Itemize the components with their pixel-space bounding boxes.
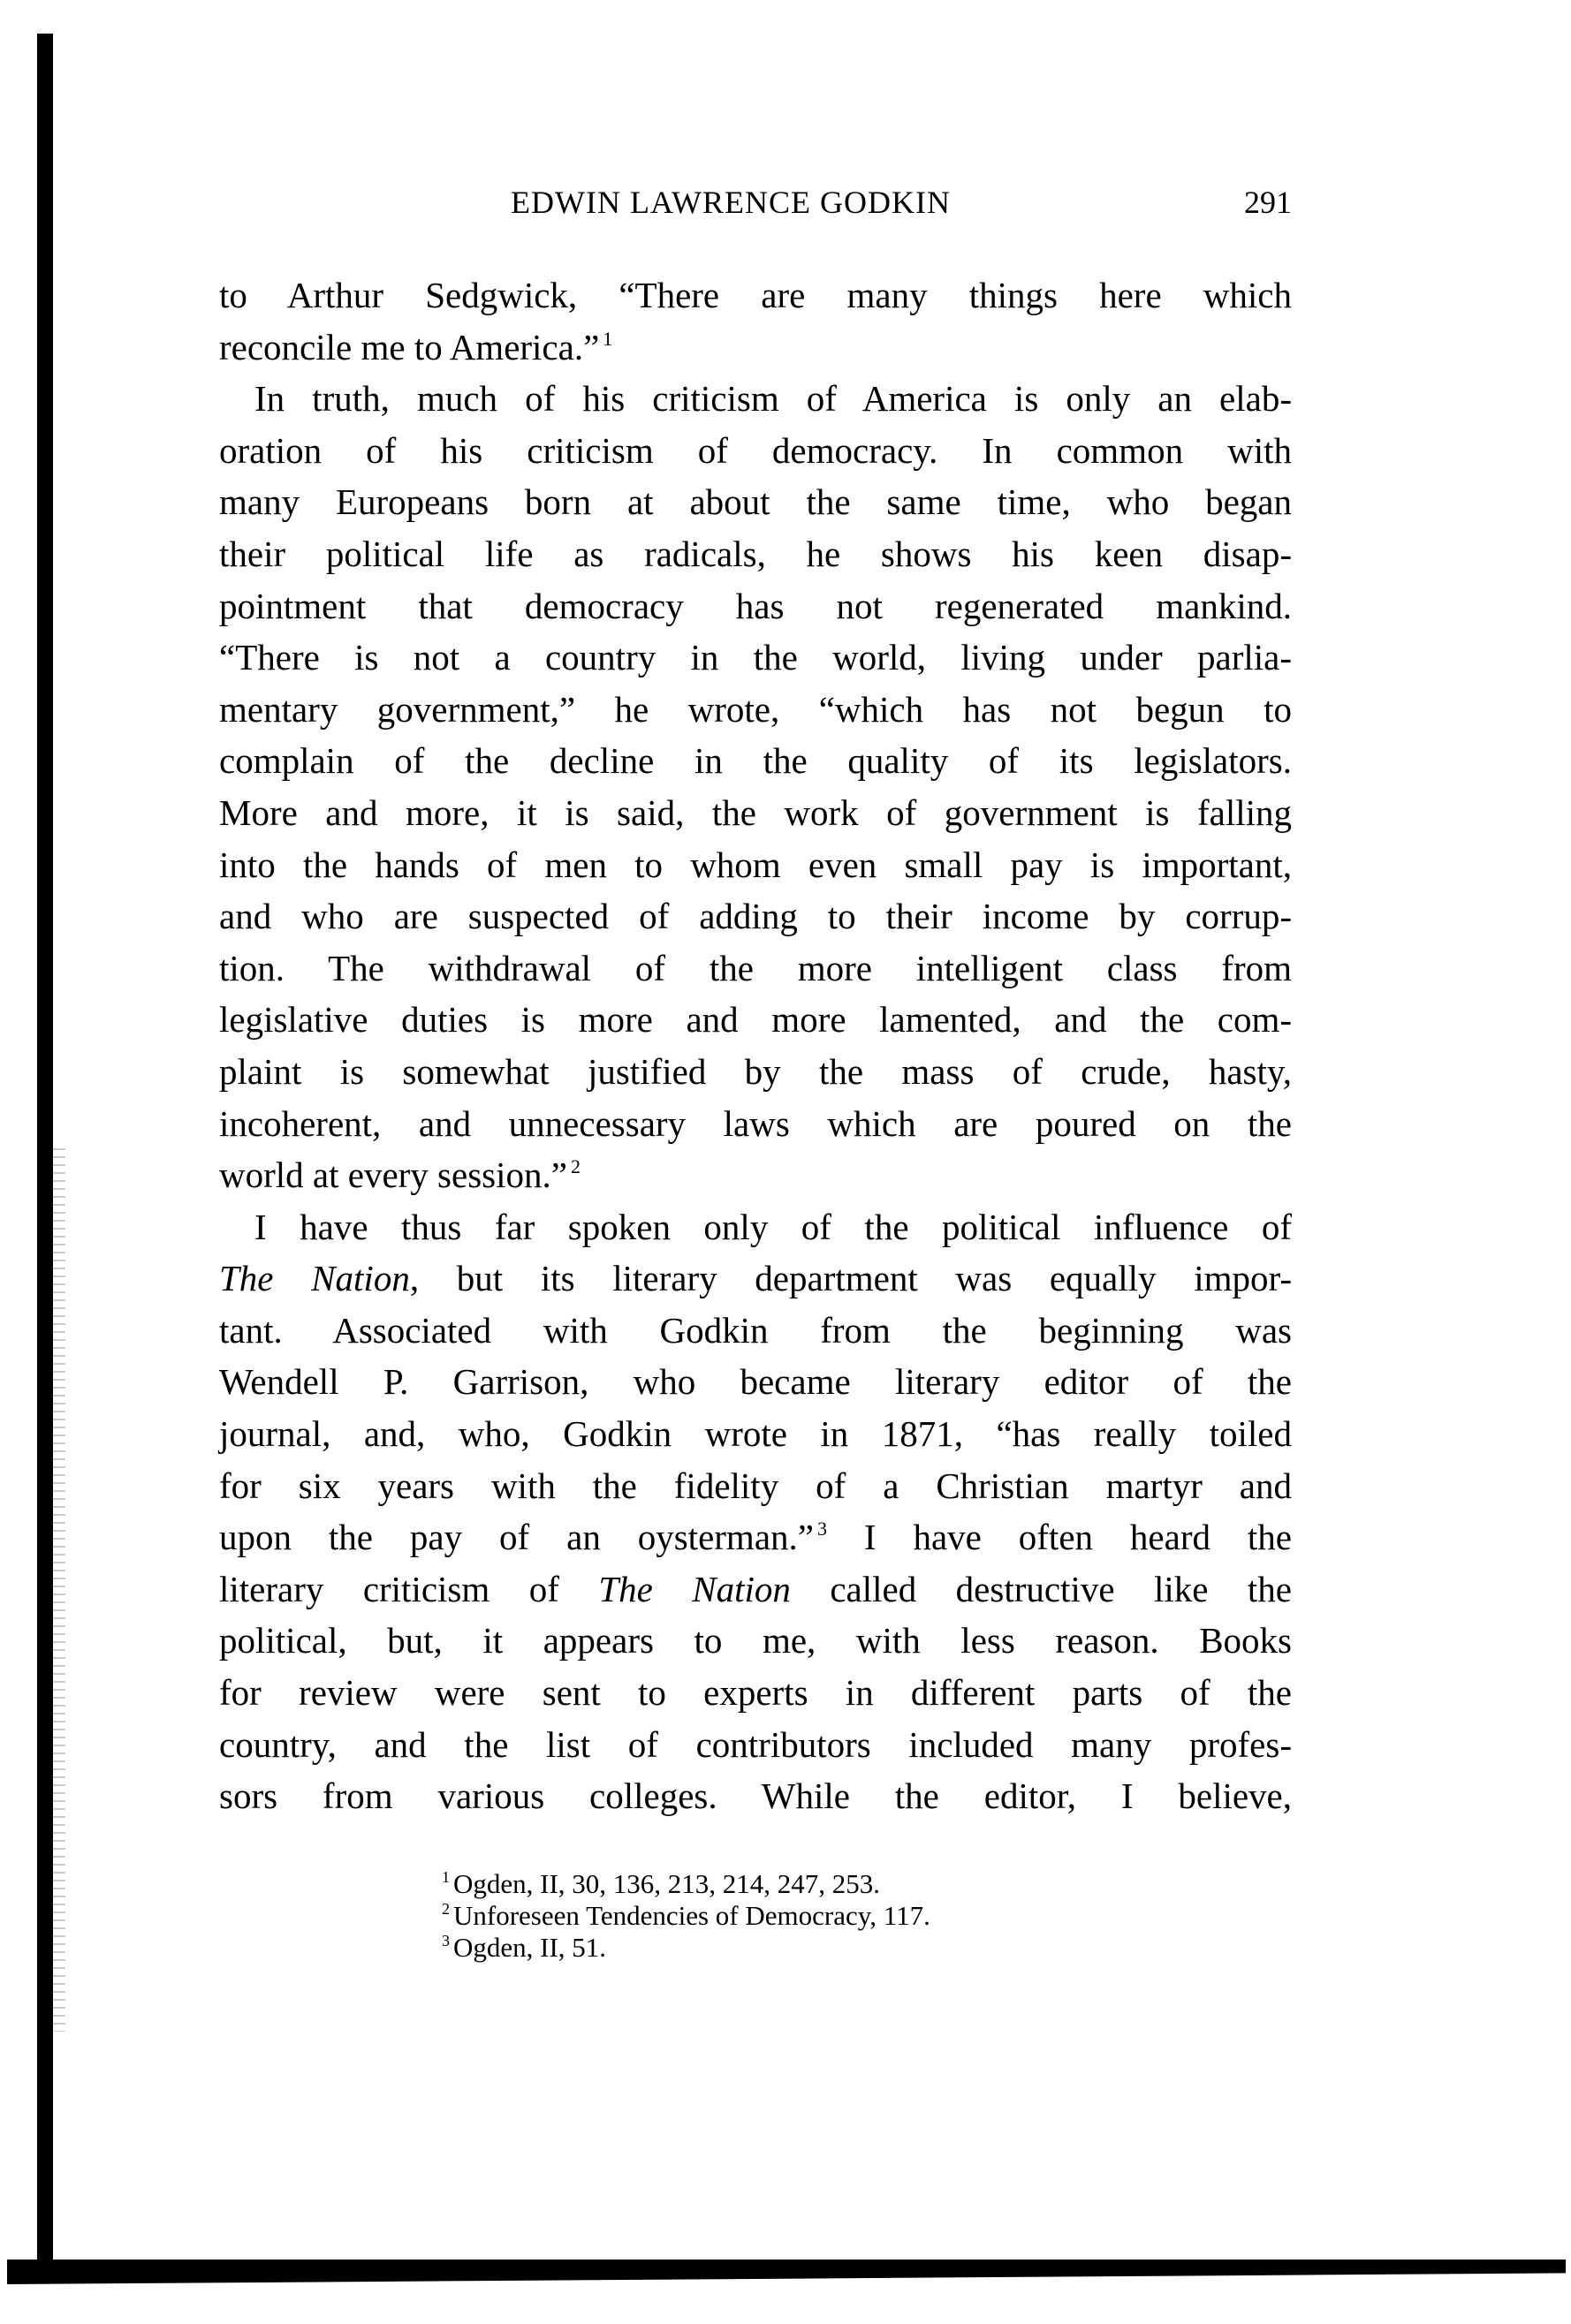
text-line: Wendell P. Garrison, who became literary… <box>219 1356 1292 1408</box>
running-title: EDWIN LAWRENCE GODKIN <box>511 184 951 221</box>
text-line: pointment that democracy has not regener… <box>219 580 1292 632</box>
text-run: tant. Associated with Godkin from the be… <box>219 1310 1292 1351</box>
text-run: mentary government,” he wrote, “which ha… <box>219 689 1292 730</box>
footnote-mark: 3 <box>442 1932 450 1949</box>
text-run: , but its literary department was equall… <box>410 1258 1292 1298</box>
text-run: to Arthur Sedgwick, “There are many thin… <box>219 275 1292 315</box>
text-line: oration of his criticism of democracy. I… <box>219 425 1292 477</box>
page-header: EDWIN LAWRENCE GODKIN 291 <box>219 184 1292 228</box>
footnote-text: Ogden, II, 30, 136, 213, 214, 247, 253. <box>453 1868 880 1899</box>
text-line: many Europeans born at about the same ti… <box>219 476 1292 528</box>
text-run: reconcile me to America.” <box>219 327 599 367</box>
text-run: literary criticism of <box>219 1569 598 1609</box>
text-line: complain of the decline in the quality o… <box>219 735 1292 787</box>
page-number: 291 <box>1244 184 1292 221</box>
text-line: their political life as radicals, he sho… <box>219 528 1292 580</box>
footnote-text: Unforeseen Tendencies of Democracy, 117. <box>453 1900 930 1931</box>
text-run: sors from various colleges. While the ed… <box>219 1775 1292 1816</box>
text-run: political, but, it appears to me, with l… <box>219 1620 1292 1661</box>
text-run: into the hands of men to whom even small… <box>219 844 1292 885</box>
scan-bottom-edge <box>7 2260 1566 2284</box>
text-run: for review were sent to experts in diffe… <box>219 1672 1292 1713</box>
footnote-reference: 3 <box>817 1518 827 1540</box>
text-run: world at every session.” <box>219 1154 567 1195</box>
text-line: political, but, it appears to me, with l… <box>219 1615 1292 1667</box>
text-run: tion. The withdrawal of the more intelli… <box>219 948 1292 988</box>
text-run: called destructive like the <box>791 1569 1292 1609</box>
text-run: journal, and, who, Godkin wrote in 1871,… <box>219 1413 1292 1454</box>
text-run: Wendell P. Garrison, who became literary… <box>219 1361 1292 1402</box>
text-line: incoherent, and unnecessary laws which a… <box>219 1098 1292 1150</box>
text-line: I have thus far spoken only of the polit… <box>219 1201 1292 1253</box>
text-line: More and more, it is said, the work of g… <box>219 787 1292 839</box>
text-line: sors from various colleges. While the ed… <box>219 1770 1292 1822</box>
text-run: plaint is somewhat justified by the mass… <box>219 1051 1292 1092</box>
text-run: their political life as radicals, he sho… <box>219 534 1292 574</box>
text-line: journal, and, who, Godkin wrote in 1871,… <box>219 1408 1292 1460</box>
text-run: legislative duties is more and more lame… <box>219 999 1292 1040</box>
text-run: country, and the list of contributors in… <box>219 1724 1292 1765</box>
text-line: reconcile me to America.”1 <box>219 322 1292 374</box>
text-run: pointment that democracy has not regener… <box>219 586 1292 626</box>
text-line: for six years with the fidelity of a Chr… <box>219 1460 1292 1512</box>
text-run: I have often heard the <box>827 1517 1292 1557</box>
text-run: More and more, it is said, the work of g… <box>219 792 1292 833</box>
text-run: “There is not a country in the world, li… <box>219 637 1292 678</box>
footnote: 3Ogden, II, 51. <box>442 1932 1237 1964</box>
italic-title: The Nation <box>219 1258 410 1298</box>
text-line: upon the pay of an oysterman.”3 I have o… <box>219 1511 1292 1563</box>
text-line: legislative duties is more and more lame… <box>219 994 1292 1046</box>
footnotes: 1Ogden, II, 30, 136, 213, 214, 247, 253.… <box>442 1868 1237 1964</box>
text-run: for six years with the fidelity of a Chr… <box>219 1465 1292 1506</box>
scan-binding-edge <box>37 34 53 2268</box>
text-line: into the hands of men to whom even small… <box>219 839 1292 891</box>
scan-binding-speckle <box>53 1148 65 2032</box>
text-run: complain of the decline in the quality o… <box>219 740 1292 781</box>
text-line: to Arthur Sedgwick, “There are many thin… <box>219 269 1292 322</box>
text-run: upon the pay of an oysterman.” <box>219 1517 814 1557</box>
footnote-mark: 1 <box>442 1868 450 1886</box>
italic-title: The Nation <box>598 1569 791 1609</box>
text-line: “There is not a country in the world, li… <box>219 632 1292 684</box>
body-text: to Arthur Sedgwick, “There are many thin… <box>219 269 1292 1822</box>
footnote-mark: 2 <box>442 1900 450 1918</box>
text-run: and who are suspected of adding to their… <box>219 896 1292 936</box>
text-line: world at every session.”2 <box>219 1149 1292 1201</box>
text-line: In truth, much of his criticism of Ameri… <box>219 373 1292 425</box>
footnote: 1Ogden, II, 30, 136, 213, 214, 247, 253. <box>442 1868 1237 1900</box>
text-line: country, and the list of contributors in… <box>219 1719 1292 1771</box>
footnote-text: Ogden, II, 51. <box>453 1932 606 1963</box>
text-run: I have thus far spoken only of the polit… <box>254 1207 1292 1247</box>
text-line: literary criticism of The Nation called … <box>219 1563 1292 1616</box>
text-line: and who are suspected of adding to their… <box>219 890 1292 942</box>
text-line: mentary government,” he wrote, “which ha… <box>219 684 1292 736</box>
footnote: 2Unforeseen Tendencies of Democracy, 117… <box>442 1900 1237 1932</box>
text-line: tant. Associated with Godkin from the be… <box>219 1305 1292 1357</box>
text-run: many Europeans born at about the same ti… <box>219 481 1292 522</box>
text-line: The Nation, but its literary department … <box>219 1253 1292 1305</box>
footnote-reference: 1 <box>603 328 612 350</box>
text-line: plaint is somewhat justified by the mass… <box>219 1046 1292 1098</box>
text-run: incoherent, and unnecessary laws which a… <box>219 1103 1292 1144</box>
text-line: for review were sent to experts in diffe… <box>219 1667 1292 1719</box>
text-run: oration of his criticism of democracy. I… <box>219 430 1292 471</box>
footnote-reference: 2 <box>571 1155 581 1177</box>
text-line: tion. The withdrawal of the more intelli… <box>219 942 1292 995</box>
text-run: In truth, much of his criticism of Ameri… <box>254 378 1292 419</box>
